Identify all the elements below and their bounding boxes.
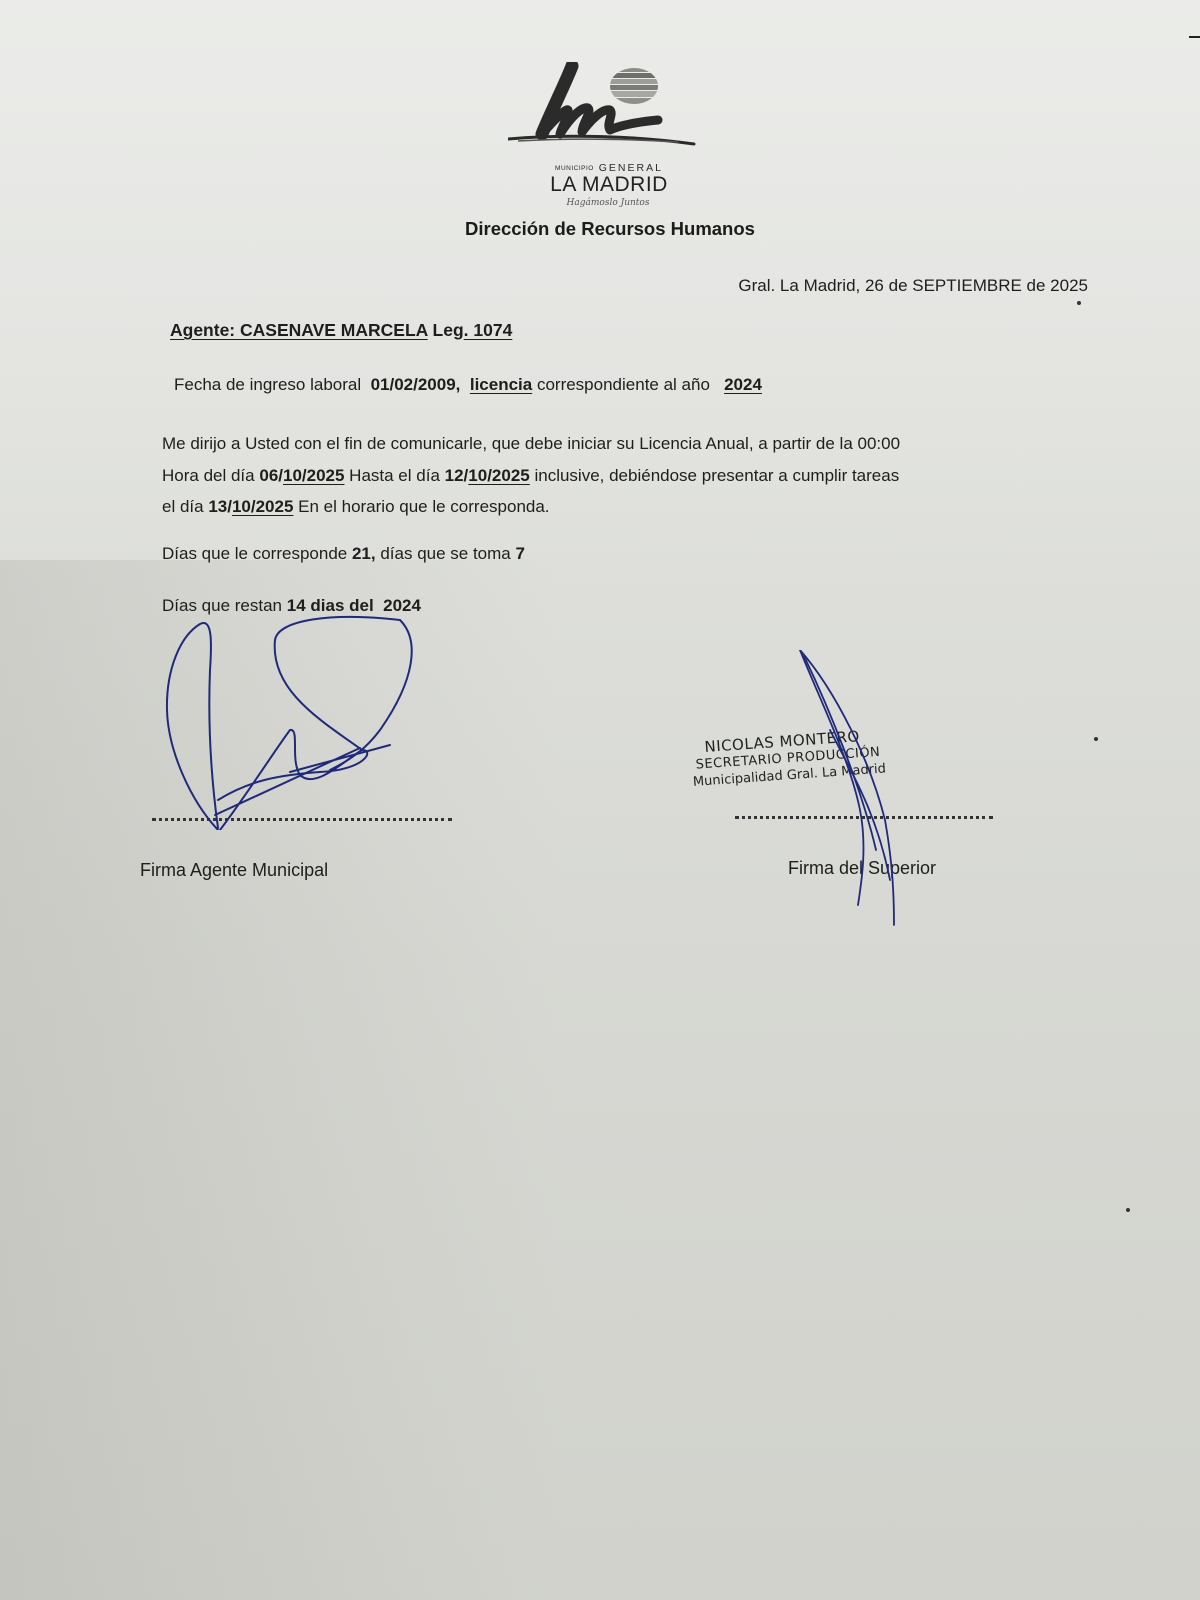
superior-stamp: NICOLAS MONTERO SECRETARIO PRODUCCIÓN Mu… bbox=[690, 727, 886, 791]
closing-text: En el horario que le corresponda. bbox=[293, 497, 549, 516]
paper-speck bbox=[1126, 1208, 1130, 1212]
logo-municipio-name: LA MADRID bbox=[522, 173, 696, 197]
dias-corresponde-line: Días que le corresponde 21, días que se … bbox=[162, 544, 525, 564]
corresponde-label: Días que le corresponde bbox=[162, 544, 347, 563]
ingreso-line: Fecha de ingreso laboral 01/02/2009, lic… bbox=[174, 375, 762, 395]
restan-label: Días que restan bbox=[162, 596, 282, 615]
agent-signature-icon bbox=[150, 600, 450, 830]
hasta-label: Hasta el día bbox=[344, 466, 439, 485]
dias-restan-line: Días que restan 14 dias del 2024 bbox=[162, 596, 421, 616]
ingreso-date: 01/02/2009, bbox=[371, 375, 461, 394]
body-line-3: el día 13/10/2025 En el horario que le c… bbox=[162, 491, 900, 523]
paper-shadow bbox=[0, 560, 560, 1600]
ingreso-middle: correspondiente al año bbox=[537, 375, 710, 394]
ingreso-label: Fecha de ingreso laboral bbox=[174, 375, 361, 394]
superior-signature-label: Firma del Superior bbox=[788, 858, 936, 879]
date-line: Gral. La Madrid, 26 de SEPTIEMBRE de 202… bbox=[738, 276, 1088, 296]
el-dia-label: el día bbox=[162, 497, 204, 516]
hora-label: Hora del día bbox=[162, 466, 255, 485]
municipality-logo: MUNICIPIO GENERAL LA MADRID Hagámoslo Ju… bbox=[508, 62, 708, 217]
paper-speck bbox=[1094, 737, 1098, 741]
superior-signature-line bbox=[735, 816, 993, 819]
start-day: 06/ bbox=[259, 466, 283, 485]
licencia-year: 2024 bbox=[724, 375, 762, 394]
agent-signature-label: Firma Agente Municipal bbox=[140, 860, 328, 881]
edge-mark bbox=[1189, 36, 1200, 38]
agent-name: Agente: CASENAVE MARCELA bbox=[170, 320, 428, 340]
leg-number: . 1074 bbox=[464, 320, 513, 340]
return-month-year: 10/2025 bbox=[232, 497, 293, 516]
toma-value: 7 bbox=[516, 544, 525, 563]
department-heading: Dirección de Recursos Humanos bbox=[0, 218, 1200, 240]
inclusive-text: inclusive, debiéndose presentar a cumpli… bbox=[530, 466, 899, 485]
paper-speck bbox=[1077, 301, 1081, 305]
agent-signature-line bbox=[152, 818, 452, 821]
body-line-2: Hora del día 06/10/2025 Hasta el día 12/… bbox=[162, 460, 900, 492]
return-day: 13/ bbox=[208, 497, 232, 516]
superior-signature-icon bbox=[790, 650, 920, 930]
body-line-1: Me dirijo a Usted con el fin de comunica… bbox=[162, 428, 900, 460]
agent-line: Agente: CASENAVE MARCELA Leg. 1074 bbox=[170, 320, 512, 341]
licencia-word: licencia bbox=[470, 375, 532, 394]
end-day: 12/ bbox=[445, 466, 469, 485]
logo-tagline: Hagámoslo Juntos bbox=[538, 198, 678, 208]
end-month-year: 10/2025 bbox=[468, 466, 529, 485]
toma-label: días que se toma bbox=[380, 544, 510, 563]
restan-value: 14 dias del 2024 bbox=[287, 596, 421, 615]
body-paragraph: Me dirijo a Usted con el fin de comunica… bbox=[162, 428, 900, 523]
corresponde-value: 21, bbox=[352, 544, 376, 563]
leg-prefix: Leg bbox=[433, 320, 464, 340]
lm-logo-icon bbox=[508, 62, 708, 162]
start-month-year: 10/2025 bbox=[283, 466, 344, 485]
